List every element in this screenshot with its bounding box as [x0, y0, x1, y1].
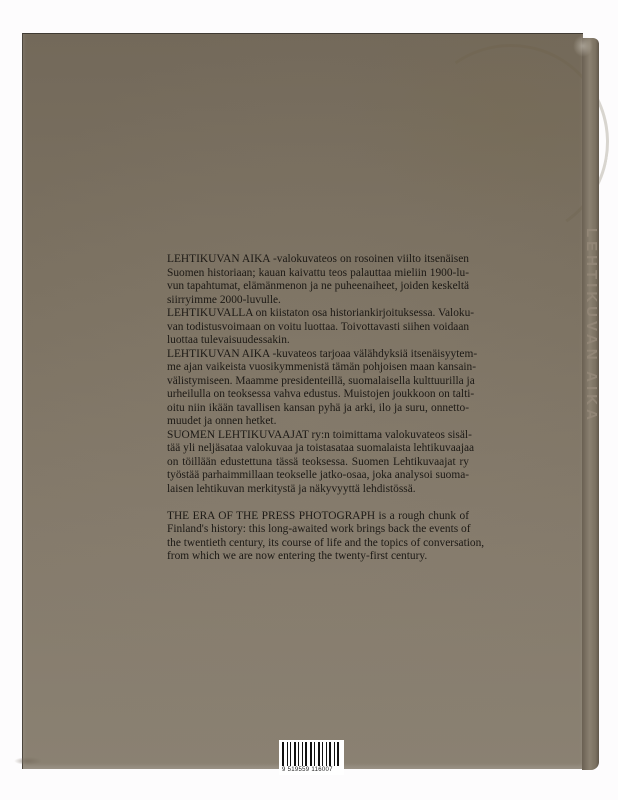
corner-wear: [573, 35, 593, 57]
barcode-bar: [310, 742, 312, 766]
book-back-cover-scan: LEHTIKUVAN AIKA -valokuvateos on rosoine…: [0, 0, 618, 800]
barcode-digits: 9 519559 116007: [282, 767, 341, 773]
barcode-bar: [336, 742, 337, 766]
text-line: työstää parhaimmillaan teokselle jatko-o…: [167, 469, 469, 483]
barcode-bar: [289, 742, 290, 766]
text-line: from which we are now entering the twent…: [167, 550, 469, 564]
barcode-bar: [328, 742, 329, 766]
text-line: siirryimme 2000-luvulle.: [167, 294, 469, 308]
barcode-bar: [322, 742, 323, 766]
edge-wear: [14, 757, 42, 765]
text-line: the twentieth century, its course of lif…: [167, 537, 469, 551]
text-line: LEHTIKUVAN AIKA -valokuvateos on rosoine…: [167, 253, 469, 267]
text-line: välistymiseen. Maamme presidenteillä, su…: [167, 375, 469, 389]
barcode-bar: [316, 742, 317, 766]
barcode-bar: [308, 742, 309, 766]
ean-barcode: 9 519559 116007: [279, 740, 344, 775]
text-line: laisen lehtikuvan merkitystä ja näkyvyyt…: [167, 483, 469, 497]
text-line: Suomen historiaan; kauan kaivattu teos p…: [167, 267, 469, 281]
barcode-bar: [304, 742, 305, 766]
barcode-bar: [294, 742, 296, 766]
blurb-paragraph-4: SUOMEN LEHTIKUVAAJAT ry:n toimittama val…: [167, 429, 469, 497]
barcode-bar: [321, 742, 322, 766]
barcode-bar: [290, 742, 291, 766]
barcode-bar: [282, 742, 284, 766]
text-line: LEHTIKUVALLA on kiistaton osa historiank…: [167, 307, 469, 321]
barcode-bar: [285, 742, 286, 766]
barcode-bar: [297, 742, 298, 766]
text-line: me ajan vaikeista vuosikymmenistä tämän …: [167, 361, 469, 375]
text-line: vun tapahtumat, elämänmenon ja ne puheen…: [167, 280, 469, 294]
text-line: LEHTIKUVAN AIKA -kuvateos tarjoaa välähd…: [167, 348, 469, 362]
barcode-bar: [314, 742, 315, 766]
book-back-cover: LEHTIKUVAN AIKA -valokuvateos on rosoine…: [22, 33, 583, 769]
book-spine: LEHTIKUVAN AIKA: [582, 38, 599, 770]
barcode-bar: [302, 742, 303, 766]
blurb-paragraph-3: LEHTIKUVAN AIKA -kuvateos tarjoaa välähd…: [167, 348, 469, 429]
barcode-bar: [298, 742, 299, 766]
barcode-bar: [334, 742, 335, 766]
barcode-bar: [340, 742, 341, 766]
text-line: tää yli neljäsataa valokuvaa ja toistasa…: [167, 442, 469, 456]
blurb-english-paragraph: THE ERA OF THE PRESS PHOTOGRAPH is a rou…: [167, 510, 469, 564]
barcode-bar: [324, 742, 325, 766]
blurb-paragraph-1: LEHTIKUVAN AIKA -valokuvateos on rosoine…: [167, 253, 469, 307]
text-line: muudet ja onnen hetket.: [167, 415, 469, 429]
barcode-bar: [313, 742, 314, 766]
barcode-bar: [305, 742, 307, 766]
cover-blurb: LEHTIKUVAN AIKA -valokuvateos on rosoine…: [167, 253, 469, 564]
barcode-bar: [300, 742, 301, 766]
text-line: THE ERA OF THE PRESS PHOTOGRAPH is a rou…: [167, 510, 469, 524]
barcode-bar: [287, 742, 288, 766]
text-line: van todistusvoimaan on voitu luottaa. To…: [167, 321, 469, 335]
barcode-bars: [282, 742, 341, 766]
barcode-bar: [329, 742, 331, 766]
text-line: on töillään edustettuna tässä teoksessa.…: [167, 456, 469, 470]
barcode-bar: [332, 742, 333, 766]
text-line: Finland's history: this long-awaited wor…: [167, 523, 469, 537]
spine-title: LEHTIKUVAN AIKA: [583, 228, 599, 424]
barcode-bar: [318, 742, 320, 766]
barcode-bar: [326, 742, 327, 766]
text-line: oitu niin ikään tavallisen kansan pyhä j…: [167, 402, 469, 416]
text-line: SUOMEN LEHTIKUVAAJAT ry:n toimittama val…: [167, 429, 469, 443]
barcode-bar: [292, 742, 293, 766]
text-line: urheilulla on teoksessa vahva edustus. M…: [167, 388, 469, 402]
text-line: luottaa tulevaisuudessakin.: [167, 334, 469, 348]
barcode-bar: [337, 742, 339, 766]
blurb-paragraph-2: LEHTIKUVALLA on kiistaton osa historiank…: [167, 307, 469, 348]
